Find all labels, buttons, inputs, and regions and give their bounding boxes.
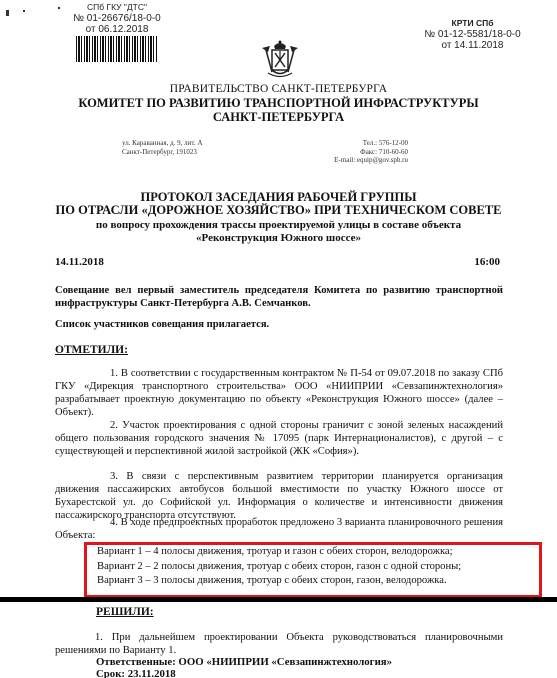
variants-highlight-box: Вариант 1 – 4 полосы движения, тротуар и… xyxy=(84,542,542,598)
protocol-subtitle-line2: «Реконструкция Южного шоссе» xyxy=(0,231,557,245)
scan-mark xyxy=(58,7,60,9)
decided-item-1: 1. При дальнейшем проектировании Объекта… xyxy=(55,631,503,657)
stamp-number: № 01-26676/18-0-0 xyxy=(62,13,172,24)
phone: Тел.: 576-12-00 xyxy=(340,139,408,148)
noted-item-4: 4. В ходе предпроектных проработок предл… xyxy=(55,516,503,542)
variant-1: Вариант 1 – 4 полосы движения, тротуар и… xyxy=(87,545,539,560)
protocol-title-line1: ПРОТОКОЛ ЗАСЕДАНИЯ РАБОЧЕЙ ГРУППЫ xyxy=(0,190,557,204)
noted-item-3: 3. В связи с перспективным развитием тер… xyxy=(55,470,503,522)
scan-mark xyxy=(6,10,9,16)
noted-heading: ОТМЕТИЛИ: xyxy=(55,344,128,356)
variant-3: Вариант 3 – 3 полосы движения, тротуар с… xyxy=(87,574,539,589)
decided-heading: РЕШИЛИ: xyxy=(96,606,154,618)
scan-mark xyxy=(23,10,25,12)
noted-item-2: 2. Участок проектирования с одной сторон… xyxy=(55,419,503,458)
stamp-number: № 01-12-5581/18-0-0 xyxy=(400,29,545,40)
responsible-party: Ответственные: ООО «НИИПРИИ «Севзапинжте… xyxy=(96,656,392,668)
deadline: Срок: 23.11.2018 xyxy=(96,668,176,678)
contact-block: Тел.: 576-12-00 Факс: 710-60-60 E-mail: … xyxy=(340,139,408,165)
email-link[interactable]: E-mail: equip@gov.spb.ru xyxy=(300,156,408,165)
separator-bar xyxy=(0,597,557,602)
coat-of-arms-icon xyxy=(258,40,302,80)
noted-item-1: 1. В соответствии с государственным конт… xyxy=(55,367,503,419)
fax: Факс: 710-60-60 xyxy=(340,148,408,157)
committee-name: КОМИТЕТ ПО РАЗВИТИЮ ТРАНСПОРТНОЙ ИНФРАСТ… xyxy=(0,96,557,111)
protocol-subtitle-line1: по вопросу прохождения трассы проектируе… xyxy=(0,218,557,232)
meeting-date: 14.11.2018 xyxy=(55,256,104,268)
address-block: ул. Караванная, д. 9, лит. А Санкт-Петер… xyxy=(122,139,203,156)
barcode xyxy=(76,36,158,62)
committee-city: САНКТ-ПЕТЕРБУРГА xyxy=(0,110,557,125)
participants-note: Список участников совещания прилагается. xyxy=(55,318,503,331)
stamp-date: от 14.11.2018 xyxy=(400,40,545,51)
protocol-title-line2: ПО ОТРАСЛИ «ДОРОЖНОЕ ХОЗЯЙСТВО» ПРИ ТЕХН… xyxy=(0,203,557,217)
meeting-time: 16:00 xyxy=(470,256,500,268)
stamp-org: СПб ГКУ "ДТС" xyxy=(62,2,172,13)
stamp-date: от 06.12.2018 xyxy=(62,24,172,35)
government-name: ПРАВИТЕЛЬСТВО САНКТ-ПЕТЕРБУРГА xyxy=(0,83,557,95)
stamp-org: КРТИ СПб xyxy=(400,18,545,29)
variant-2: Вариант 2 – 2 полосы движения, тротуар с… xyxy=(87,560,539,575)
address-street: ул. Караванная, д. 9, лит. А xyxy=(122,139,203,148)
chair-paragraph: Совещание вел первый заместитель председ… xyxy=(55,284,503,310)
outgoing-stamp-right: КРТИ СПб № 01-12-5581/18-0-0 от 14.11.20… xyxy=(400,18,545,51)
address-city: Санкт-Петербург, 191023 xyxy=(122,148,203,157)
incoming-stamp-left: СПб ГКУ "ДТС" № 01-26676/18-0-0 от 06.12… xyxy=(62,2,172,35)
